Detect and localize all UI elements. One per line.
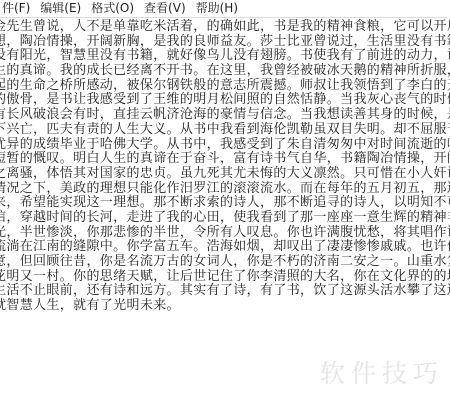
menu-item-format[interactable]: 格式(O) [86, 0, 139, 17]
menu-bar: 件(F) 编辑(E) 格式(O) 查看(V) 帮助(H) [0, 0, 447, 18]
menu-item-file[interactable]: 件(F) [0, 0, 35, 17]
text-line: 流淌在江南的缝隙中。你学富五车。浩海如烟，却叹出了凄凄惨惨戚戚。也许你的生活并不 [0, 240, 450, 255]
text-line: 短暂的慨叹。明白人生的真谛在于奋斗，富有诗书气自华，书籍陶冶情操，开阔心胸，如屈 [0, 152, 450, 167]
text-line: 的傲骨，是书让我感受到了王维的明月松间照的自然恬静。当我灰心丧气的时候，是书教我 [0, 93, 450, 108]
menu-item-help[interactable]: 帮助(H) [191, 0, 243, 17]
menu-item-edit[interactable]: 编辑(E) [35, 0, 86, 17]
text-line: 有长风破浪会有时，直挂云帆济沧海的豪情与信念。当我想读善其身的时候，是书让我懂得 [0, 108, 450, 123]
menu-item-view[interactable]: 查看(V) [139, 0, 191, 17]
watermark: 软件技巧 [320, 354, 444, 390]
text-line: 之离骚，体悟其对国家的忠贞。虽九死其尤未悔的大义凛然。只可惜在小人奸诈、皇帝昏庸 [0, 167, 450, 182]
text-line: 优异的成绩毕业于哈佛大学。从书中，我感受到了朱自清匆匆中对时间流逝的叹惋和对生命 [0, 138, 450, 153]
text-line: 生活不止眼前，还有诗和远方。其实有了诗，有了书，饮了这源头活水攀了这进步阶梯，铸 [0, 284, 450, 299]
text-line: 生的真谛。我的成长已经离不开书。在这里，我曾经被破冰天鹅的精神所折服，被羚羊飞渡 [0, 64, 450, 79]
text-line: 意，但回顾往昔，你是名流万古的女词人，你是不朽的济南二安之一。山重水复疑无路，柳 [0, 255, 450, 270]
text-line: 来，希望能实现这一理想。那不断求索的诗人，那不断追寻的诗人，以明知不可为而为之的 [0, 196, 450, 211]
document-text-area[interactable]: 金先生曾说，人不是单靠吃米活着，的确如此，书是我的精神食粮，它可以开启智慧，启迪… [0, 20, 450, 314]
text-line: 信，穿越时间的长河，走进了我的心田，使我看到了那一座座一意生辉的精神丰碑，半世风 [0, 211, 450, 226]
text-line: 金先生曾说，人不是单靠吃米活着，的确如此，书是我的精神食粮，它可以开启智慧，启迪 [0, 20, 450, 35]
text-line: 下兴亡，匹夫有责的人生大义。从书中我看到海伦凯勒虽双目失明。却不屈服于命运，最终 [0, 123, 450, 138]
text-line: 没有阳光，智慧里没有书籍，就好像鸟儿没有翅膀。书使我有了前进的动力，让我领悟到了 [0, 49, 450, 64]
text-line: 就智慧人生，就有了光明未来。 [0, 299, 450, 314]
